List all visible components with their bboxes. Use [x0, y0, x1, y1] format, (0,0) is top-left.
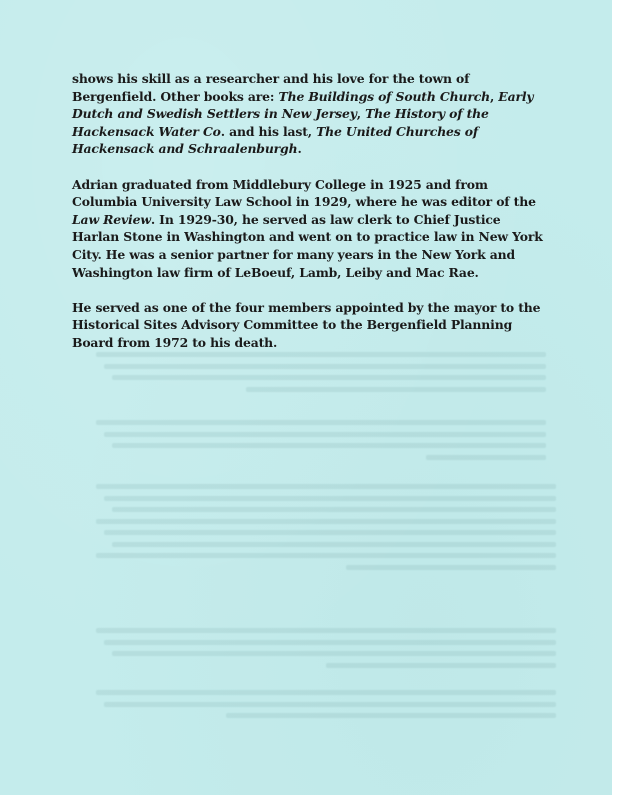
- text-run: shows his skill as a researcher and his …: [72, 71, 469, 86]
- italic-title: The Buildings of South Church: [279, 89, 490, 104]
- text-run: Columbia University Law School in 1929, …: [72, 194, 536, 209]
- bleed-line: [96, 484, 556, 489]
- text-line: Dutch and Swedish Settlers in New Jersey…: [72, 105, 548, 123]
- text-run: . In 1929-30, he served as law clerk to …: [151, 212, 501, 227]
- text-run: Bergenfield. Other books are:: [72, 89, 279, 104]
- document-page: shows his skill as a researcher and his …: [0, 0, 612, 795]
- bleed-line: [96, 519, 556, 524]
- bleed-line: [104, 702, 556, 707]
- text-run: Adrian graduated from Middlebury College…: [72, 177, 488, 192]
- text-line: He served as one of the four members app…: [72, 299, 548, 317]
- text-line: Hackensack Water Co. and his last, The U…: [72, 123, 548, 141]
- bleed-line: [112, 375, 546, 380]
- bleed-line: [96, 690, 556, 695]
- paragraph: shows his skill as a researcher and his …: [72, 70, 548, 158]
- text-run: . and his last,: [221, 124, 316, 139]
- bleed-line: [104, 496, 556, 501]
- text-line: Hackensack and Schraalenburgh.: [72, 140, 548, 158]
- text-run: City. He was a senior partner for many y…: [72, 247, 515, 262]
- paragraph: He served as one of the four members app…: [72, 299, 548, 352]
- text-run: Washington law firm of LeBoeuf, Lamb, Le…: [72, 265, 479, 280]
- bleed-line: [104, 530, 556, 535]
- bleed-line: [112, 542, 556, 547]
- bleed-line: [96, 628, 556, 633]
- text-line: shows his skill as a researcher and his …: [72, 70, 548, 88]
- document-body: shows his skill as a researcher and his …: [72, 70, 548, 369]
- italic-title: The United Churches of: [316, 124, 478, 139]
- bleed-line: [426, 455, 546, 460]
- bleed-line: [112, 443, 546, 448]
- bleed-line: [104, 432, 546, 437]
- text-line: Adrian graduated from Middlebury College…: [72, 176, 548, 194]
- italic-title: Dutch and Swedish Settlers in New Jersey: [72, 106, 357, 121]
- text-run: Harlan Stone in Washington and went on t…: [72, 229, 543, 244]
- text-run: Board from 1972 to his death.: [72, 335, 277, 350]
- text-run: He served as one of the four members app…: [72, 300, 540, 315]
- bleed-line: [346, 565, 556, 570]
- text-line: Law Review. In 1929-30, he served as law…: [72, 211, 548, 229]
- text-line: City. He was a senior partner for many y…: [72, 246, 548, 264]
- text-run: ,: [357, 106, 365, 121]
- bleed-line: [96, 553, 556, 558]
- text-run: Historical Sites Advisory Committee to t…: [72, 317, 512, 332]
- bleed-line: [112, 651, 556, 656]
- bleed-line: [326, 663, 556, 668]
- bleed-line: [226, 713, 556, 718]
- bleed-line: [246, 387, 546, 392]
- text-run: .: [297, 141, 301, 156]
- text-line: Board from 1972 to his death.: [72, 334, 548, 352]
- text-line: Harlan Stone in Washington and went on t…: [72, 228, 548, 246]
- bleed-line: [96, 420, 546, 425]
- text-line: Washington law firm of LeBoeuf, Lamb, Le…: [72, 264, 548, 282]
- bleed-line: [112, 507, 556, 512]
- italic-title: Hackensack Water Co: [72, 124, 221, 139]
- text-line: Historical Sites Advisory Committee to t…: [72, 316, 548, 334]
- text-line: Columbia University Law School in 1929, …: [72, 193, 548, 211]
- italic-title: Hackensack and Schraalenburgh: [72, 141, 297, 156]
- italic-title: The History of the: [365, 106, 489, 121]
- bleed-line: [104, 640, 556, 645]
- italic-title: Early: [498, 89, 533, 104]
- italic-title: Law Review: [72, 212, 151, 227]
- text-line: Bergenfield. Other books are: The Buildi…: [72, 88, 548, 106]
- paragraph: Adrian graduated from Middlebury College…: [72, 176, 548, 282]
